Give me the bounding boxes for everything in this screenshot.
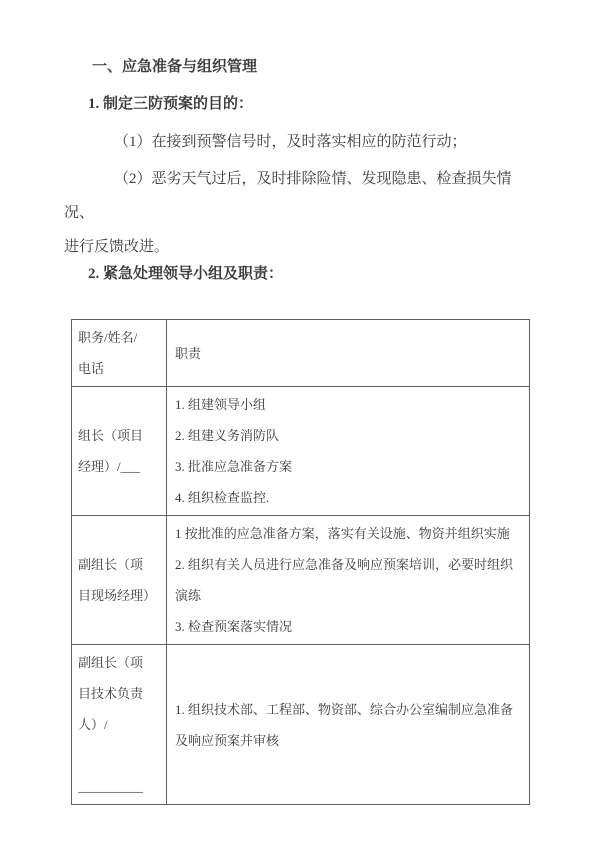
duty-cell: 1. 组织技术部、工程部、物资部、综合办公室编制应急准备 及响应预案并审核 bbox=[167, 645, 530, 805]
duty-item: 3. 批准应急准备方案 bbox=[175, 451, 525, 482]
header-cell-role: 职务/姓名/ 电话 bbox=[72, 320, 167, 387]
table-row-deputy-site: 副组长（项 目现场经理） 1 按批准的应急准备方案，落实有关设施、物资并组织实施… bbox=[72, 516, 530, 645]
duty-table: 职务/姓名/ 电话 职责 组长（项目 经理）/___ 1. 组建领导小组 2. … bbox=[71, 319, 530, 805]
table-row-deputy-tech: 副组长（项 目技术负责 人）/ __________ 1. 组织技术部、工程部、… bbox=[72, 645, 530, 805]
duty-item: 4. 组织检查监控. bbox=[175, 482, 525, 513]
duty-item: 3. 检查预案落实情况 bbox=[175, 611, 525, 642]
document-page: 一、应急准备与组织管理 1. 制定三防预案的目的： （1）在接到预警信号时，及时… bbox=[0, 0, 600, 849]
duty-item: 2. 组建义务消防队 bbox=[175, 420, 525, 451]
duty-cell: 1. 组建领导小组 2. 组建义务消防队 3. 批准应急准备方案 4. 组织检查… bbox=[167, 387, 530, 516]
paragraph-1: （1）在接到预警信号时，及时落实相应的防范行动； bbox=[64, 125, 532, 159]
duty-item: 1. 组建领导小组 bbox=[175, 389, 525, 420]
role-cell: 副组长（项 目技术负责 人）/ __________ bbox=[72, 645, 167, 805]
table-header-row: 职务/姓名/ 电话 职责 bbox=[72, 320, 530, 387]
heading-section-2: 2. 紧急处理领导小组及职责： bbox=[88, 264, 532, 285]
role-cell: 组长（项目 经理）/___ bbox=[72, 387, 167, 516]
heading-main: 一、应急准备与组织管理 bbox=[92, 57, 532, 78]
table-row-leader: 组长（项目 经理）/___ 1. 组建领导小组 2. 组建义务消防队 3. 批准… bbox=[72, 387, 530, 516]
role-cell: 副组长（项 目现场经理） bbox=[72, 516, 167, 645]
duty-item: 1. 组织技术部、工程部、物资部、综合办公室编制应急准备 及响应预案并审核 bbox=[175, 694, 525, 756]
duty-item: 2. 组织有关人员进行应急准备及响应预案培训，必要时组织 演练 bbox=[175, 549, 525, 611]
duty-cell: 1 按批准的应急准备方案，落实有关设施、物资并组织实施 2. 组织有关人员进行应… bbox=[167, 516, 530, 645]
header-cell-duty: 职责 bbox=[167, 320, 530, 387]
heading-section-1: 1. 制定三防预案的目的： bbox=[88, 94, 532, 115]
duty-item: 1 按批准的应急准备方案，落实有关设施、物资并组织实施 bbox=[175, 518, 525, 549]
paragraph-2: （2）恶劣天气过后，及时排除险情、发现隐患、检查损失情况、 进行反馈改进。 bbox=[64, 162, 532, 264]
